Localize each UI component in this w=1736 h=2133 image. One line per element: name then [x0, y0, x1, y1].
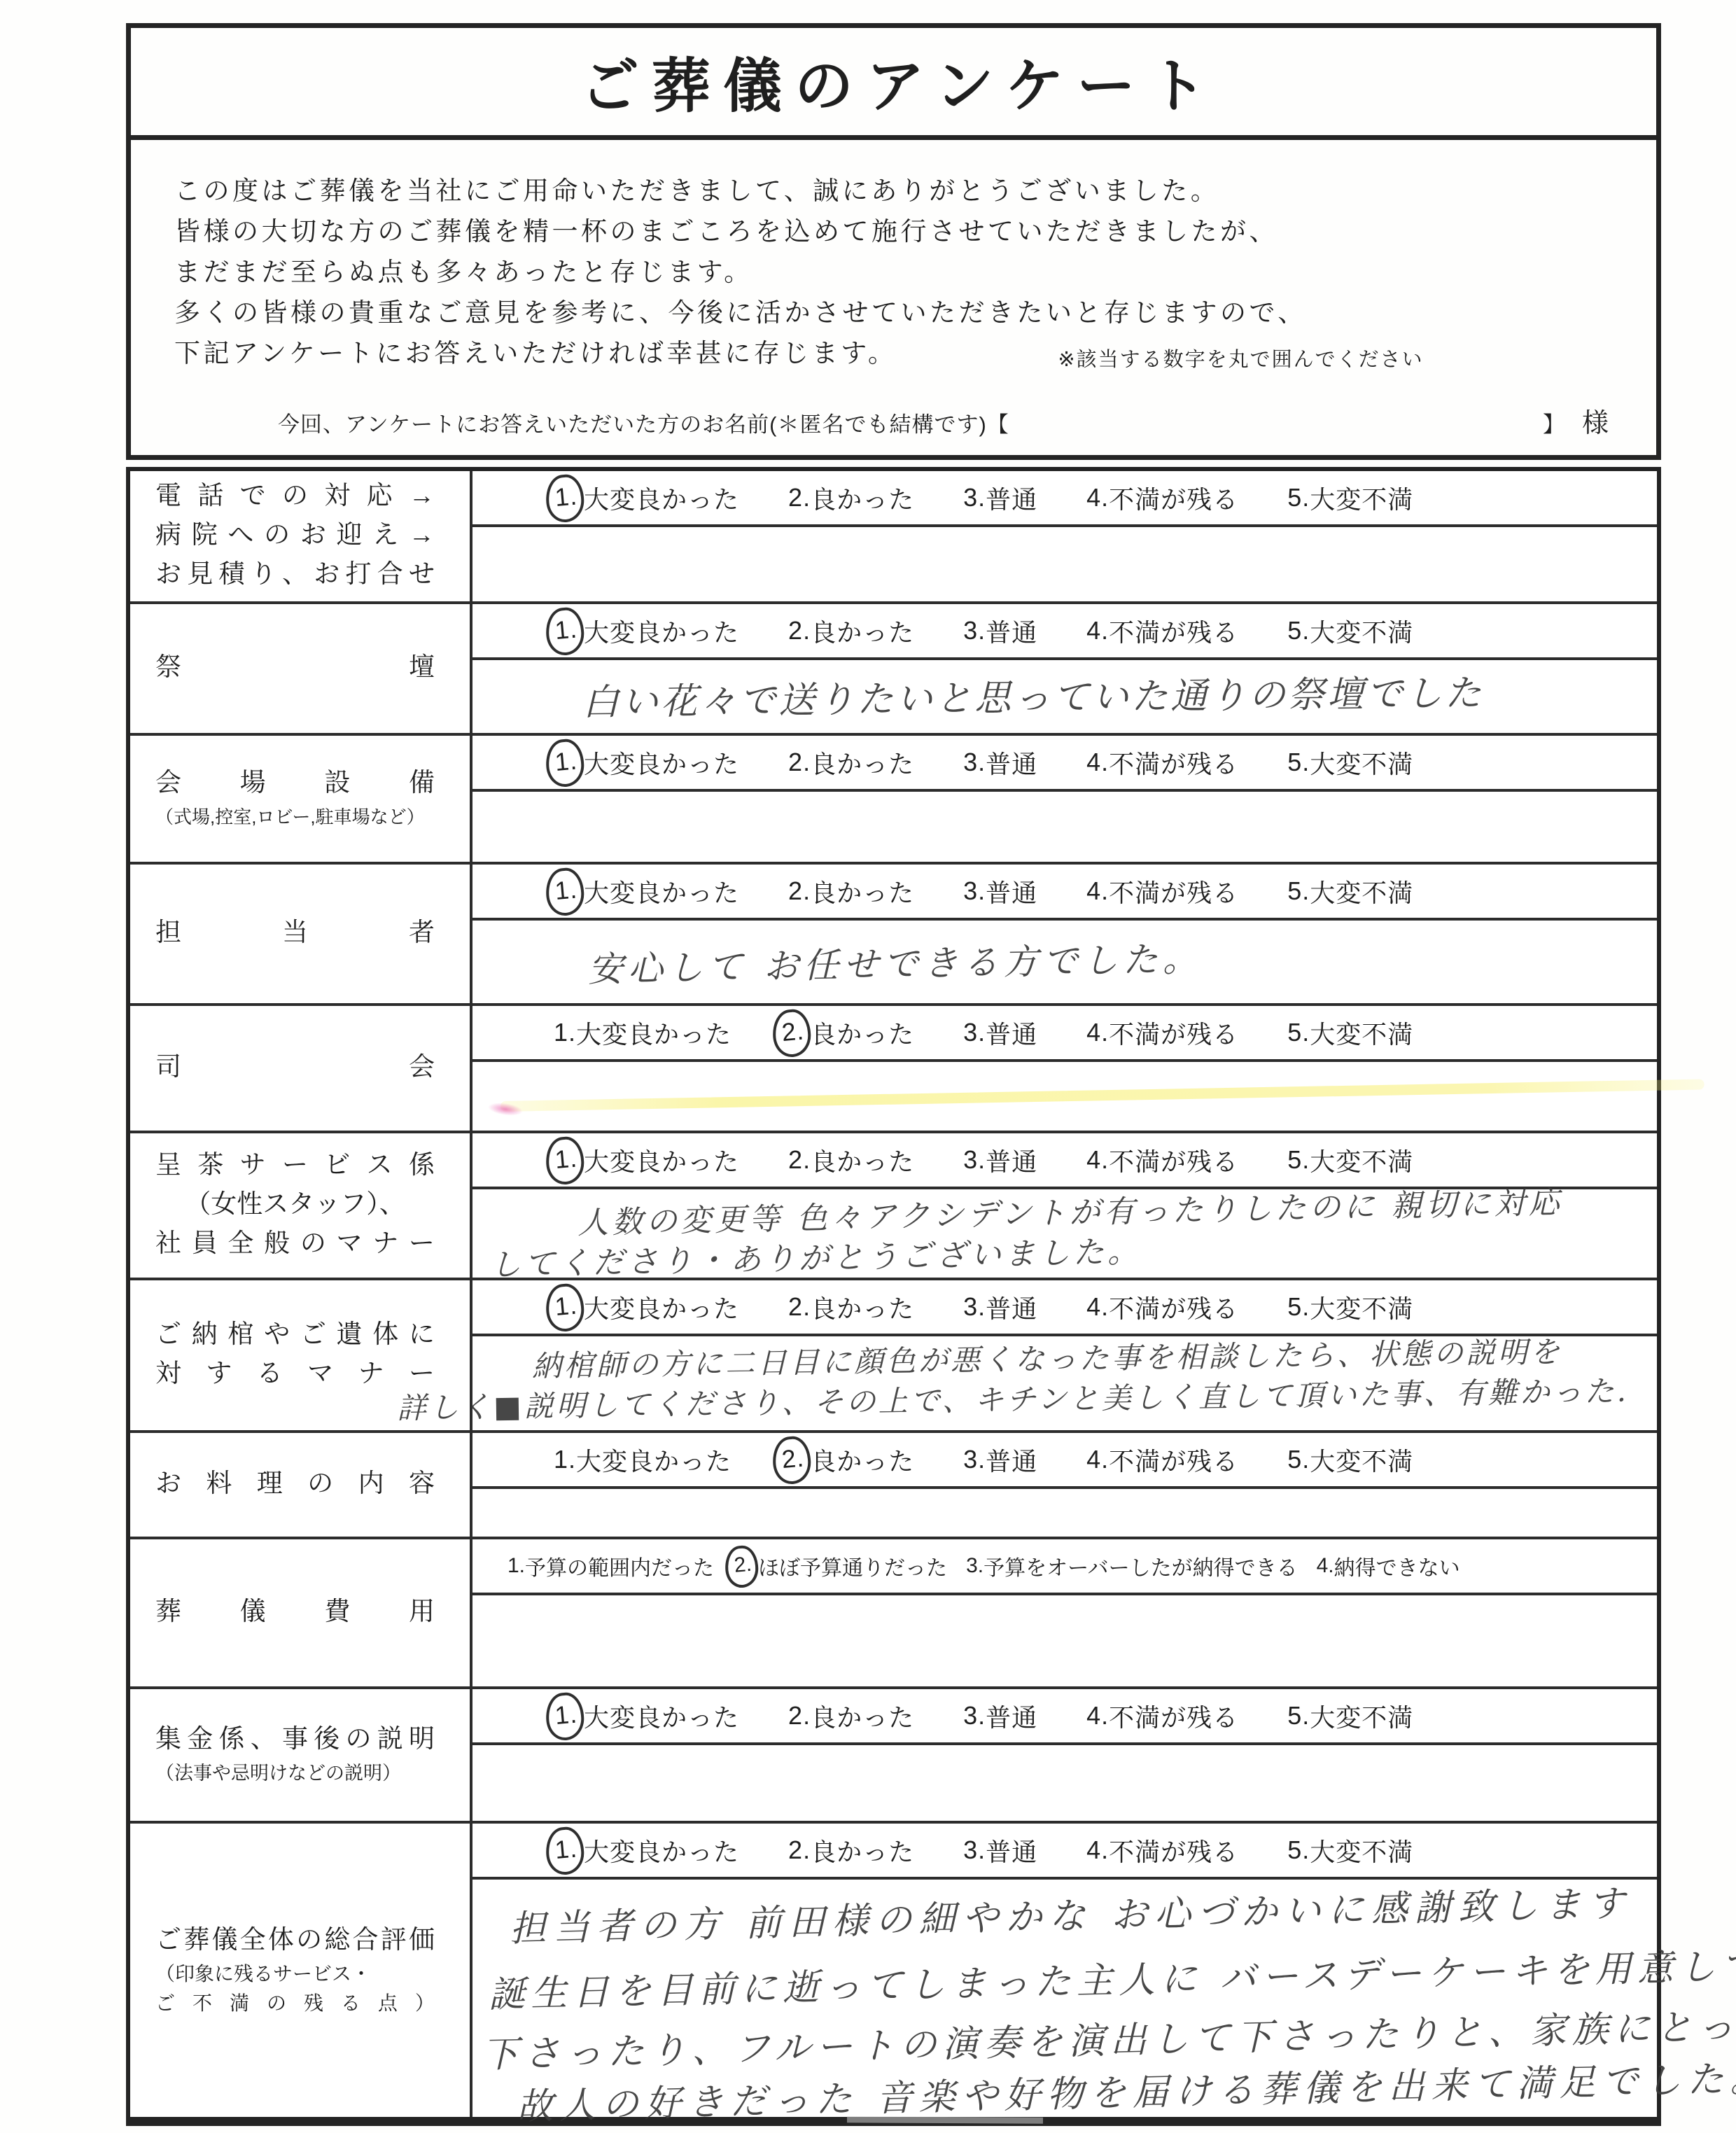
intro-line: 皆様の大切な方のご葬儀を精一杯のまごころを込めて施行させていただきましたが、 [174, 211, 1628, 252]
option-number: 5. [1287, 1292, 1310, 1322]
row-label: 集金係、事後の説明（法事や忌明けなどの説明） [130, 1689, 472, 1821]
row-content: 1.大変良かった2.良かった3.普通4.不満が残る5.大変不満白い花々で送りたい… [472, 604, 1657, 733]
option-item: 5.大変不満 [1287, 1142, 1413, 1178]
option-number: 3. [963, 616, 986, 645]
option-label: 大変良かった [584, 1698, 739, 1734]
option-number: 5. [1287, 1018, 1310, 1047]
row-label-line: お見積り、お打合せ [155, 554, 435, 594]
intro-line: この度はご葬儀を当社にご用命いただきまして、誠にありがとうございました。 [174, 171, 1628, 211]
option-item: 4.不満が残る [1086, 1289, 1238, 1325]
row-label-line: 担当者 [155, 913, 435, 952]
option-label: 良かった [811, 1142, 914, 1178]
option-number: 1. [554, 1834, 578, 1865]
row-label-line: 司会 [155, 1047, 435, 1086]
handwritten-comment: 安心して お任せできる方でした。 [587, 931, 1203, 992]
option-number: 3. [963, 483, 986, 512]
circled-answer: 2. [771, 1008, 813, 1058]
form-title: ご葬儀のアンケート [568, 39, 1219, 124]
option-label: 普通 [986, 1142, 1037, 1178]
option-label: 大変良かった [584, 480, 739, 516]
options-row: 1.大変良かった2.良かった3.普通4.不満が残る5.大変不満 [472, 1006, 1657, 1062]
row-label-line: （式場,控室,ロビー,駐車場など） [155, 802, 435, 832]
comment-area [472, 1595, 1657, 1686]
option-label: 大変良かった [576, 1015, 731, 1051]
row-label: 呈茶サービス係（女性スタッフ）、社員全般のマナー [130, 1133, 472, 1278]
circled-answer: 1. [544, 1282, 586, 1333]
option-label: 不満が残る [1109, 1833, 1238, 1868]
option-item: 3.普通 [963, 480, 1037, 516]
option-item: 4.不満が残る [1086, 1015, 1238, 1051]
option-item: 1.予算の範囲内だった [507, 1551, 714, 1581]
option-item: 3.普通 [963, 613, 1037, 649]
option-item: 3.普通 [963, 1289, 1037, 1325]
option-item: 4.不満が残る [1086, 745, 1238, 781]
option-item: 1.大変良かった [554, 1833, 739, 1868]
option-number: 4. [1086, 1292, 1109, 1322]
option-label: 普通 [986, 613, 1037, 649]
row-label: ご葬儀全体の総合評価（印象に残るサービス・ご不満の残る点） [130, 1824, 472, 2117]
row-content: 1.大変良かった2.良かった3.普通4.不満が残る5.大変不満 [472, 1689, 1657, 1821]
option-label: 大変不満 [1310, 745, 1413, 781]
option-item: 3.普通 [963, 1442, 1037, 1478]
option-number: 3. [963, 1701, 986, 1730]
option-number: 2. [780, 1443, 805, 1474]
options-row: 1.大変良かった2.良かった3.普通4.不満が残る5.大変不満 [472, 1433, 1657, 1489]
row-label-line: ご葬儀全体の総合評価 [155, 1920, 435, 1959]
option-label: 予算の範囲内だった [525, 1551, 714, 1581]
table-row: 呈茶サービス係（女性スタッフ）、社員全般のマナー1.大変良かった2.良かった3.… [130, 1133, 1657, 1280]
table-row: 司会1.大変良かった2.良かった3.普通4.不満が残る5.大変不満 [130, 1006, 1657, 1133]
option-label: 普通 [986, 745, 1037, 781]
handwritten-comment: 白い花々で送りたいと思っていた通りの祭壇でした [582, 664, 1485, 725]
row-label: 電話での対応→病院へのお迎え→お見積り、お打合せ [130, 471, 472, 601]
option-number: 5. [1287, 876, 1310, 906]
option-item: 1.大変良かった [554, 1698, 739, 1734]
option-item: 1.大変良かった [554, 480, 739, 516]
form-sheet: ご葬儀のアンケート この度はご葬儀を当社にご用命いただきまして、誠にありがとうご… [126, 23, 1661, 2126]
option-number: 2. [780, 1016, 805, 1047]
option-number: 2. [788, 616, 811, 645]
option-item: 4.不満が残る [1086, 1442, 1238, 1478]
option-item: 3.予算をオーバーしたが納得できる [966, 1551, 1298, 1581]
circled-answer: 1. [544, 606, 586, 657]
row-label-line: 会場設備 [155, 763, 435, 802]
row-label-line: 社員全般のマナー [155, 1224, 435, 1263]
row-label-line: 呈茶サービス係 [155, 1145, 435, 1184]
option-number: 5. [1287, 616, 1310, 645]
option-item: 3.普通 [963, 1833, 1037, 1868]
table-row: 葬儀費用1.予算の範囲内だった2.ほぼ予算通りだった3.予算をオーバーしたが納得… [130, 1539, 1657, 1689]
option-label: 大変良かった [584, 745, 739, 781]
circled-answer: 2. [771, 1435, 813, 1485]
option-label: 普通 [986, 480, 1037, 516]
row-label-line: 電話での対応→ [155, 476, 435, 515]
options-row: 1.予算の範囲内だった2.ほぼ予算通りだった3.予算をオーバーしたが納得できる4… [472, 1539, 1657, 1595]
table-row: 祭壇1.大変良かった2.良かった3.普通4.不満が残る5.大変不満白い花々で送り… [130, 604, 1657, 736]
option-label: 大変不満 [1310, 874, 1413, 909]
row-label-line: ご不満の残る点） [155, 1989, 435, 2018]
option-item: 4.不満が残る [1086, 1833, 1238, 1868]
option-number: 5. [1287, 1145, 1310, 1175]
option-number: 3. [963, 1835, 986, 1865]
row-label-line: （法事や忌明けなどの説明） [155, 1758, 435, 1788]
option-number: 2. [788, 748, 811, 777]
option-item: 2.ほぼ予算通りだった [733, 1551, 947, 1581]
circled-answer: 1. [544, 1691, 586, 1742]
option-label: 大変不満 [1310, 1698, 1413, 1734]
option-label: 普通 [986, 1833, 1037, 1868]
option-number: 1. [554, 482, 578, 512]
circled-answer: 1. [544, 1826, 586, 1876]
table-row: 集金係、事後の説明（法事や忌明けなどの説明）1.大変良かった2.良かった3.普通… [130, 1689, 1657, 1824]
option-number: 3. [963, 748, 986, 777]
respondent-name-line: 今回、アンケートにお答えいただいた方のお名前(＊匿名でも結構です)【 】 様 [174, 401, 1628, 440]
option-label: ほぼ予算通りだった [758, 1551, 947, 1581]
intro-line: 多くの皆様の貴重なご意見を参考に、今後に活かさせていただきたいと存じますので、 [174, 293, 1628, 333]
option-item: 3.普通 [963, 1698, 1037, 1734]
option-item: 2.良かった [788, 480, 914, 516]
option-label: 不満が残る [1109, 874, 1238, 909]
comment-area: 白い花々で送りたいと思っていた通りの祭壇でした [472, 660, 1657, 733]
option-number: 1. [554, 1018, 576, 1047]
row-content: 1.大変良かった2.良かった3.普通4.不満が残る5.大変不満 [472, 1006, 1657, 1131]
option-label: 納得できない [1334, 1551, 1460, 1581]
option-number: 3. [963, 1018, 986, 1047]
option-label: 不満が残る [1109, 745, 1238, 781]
form-title-box: ご葬儀のアンケート [126, 23, 1661, 140]
name-close-bracket: 】 [1543, 407, 1565, 438]
option-label: 大変不満 [1310, 613, 1413, 649]
table-row: ご納棺やご遺体に対するマナー1.大変良かった2.良かった3.普通4.不満が残る5… [130, 1280, 1657, 1433]
option-number: 3. [963, 876, 986, 906]
circled-answer: 1. [544, 473, 586, 524]
intro-section: この度はご葬儀を当社にご用命いただきまして、誠にありがとうございました。皆様の大… [126, 140, 1661, 460]
option-label: 不満が残る [1109, 1698, 1238, 1734]
option-item: 1.大変良かった [554, 1015, 731, 1051]
option-item: 3.普通 [963, 745, 1037, 781]
option-label: 大変不満 [1310, 480, 1413, 516]
options-row: 1.大変良かった2.良かった3.普通4.不満が残る5.大変不満 [472, 1280, 1657, 1336]
option-label: 不満が残る [1109, 613, 1238, 649]
option-item: 1.大変良かった [554, 613, 739, 649]
handwritten-comment: 担当者の方 前田様の細やかな お心づかいに感謝致します [509, 1874, 1632, 1952]
circle-instruction-note: ※該当する数字を丸で囲んでください [1058, 349, 1423, 371]
option-number: 3. [963, 1145, 986, 1175]
comment-area: 人数の変更等 色々アクシデントが有ったりしたのに 親切に対応してくださり・ありが… [472, 1189, 1657, 1278]
option-number: 4. [1086, 1145, 1109, 1175]
comment-area: 納棺師の方に二日目に顔色が悪くなった事を相談したら、状態の説明を詳しく■説明して… [472, 1336, 1657, 1430]
option-number: 2. [788, 876, 811, 906]
option-number: 4. [1086, 483, 1109, 512]
table-row: お料理の内容1.大変良かった2.良かった3.普通4.不満が残る5.大変不満 [130, 1433, 1657, 1539]
option-number: 5. [1287, 1835, 1310, 1865]
honorific-sama: 様 [1582, 401, 1609, 440]
option-label: 良かった [811, 613, 914, 649]
option-item: 2.良かった [780, 1442, 914, 1478]
option-label: 普通 [986, 1015, 1037, 1051]
option-number: 1. [554, 875, 578, 906]
circled-answer: 1. [544, 738, 586, 788]
option-number: 4. [1086, 1445, 1109, 1474]
option-label: 不満が残る [1109, 1289, 1238, 1325]
option-item: 2.良かった [780, 1015, 914, 1051]
option-number: 4. [1086, 876, 1109, 906]
option-number: 1. [554, 746, 578, 777]
comment-area [472, 1489, 1657, 1537]
option-item: 5.大変不満 [1287, 613, 1413, 649]
options-row: 1.大変良かった2.良かった3.普通4.不満が残る5.大変不満 [472, 1689, 1657, 1745]
intro-line-text: 下記アンケートにお答えいただければ幸甚に存じます。 [174, 339, 897, 368]
option-item: 3.普通 [963, 1015, 1037, 1051]
option-item: 3.普通 [963, 1142, 1037, 1178]
option-number: 1. [554, 615, 578, 645]
option-number: 1. [554, 1144, 578, 1175]
option-number: 2. [788, 483, 811, 512]
option-item: 5.大変不満 [1287, 1833, 1413, 1868]
option-label: 良かった [811, 1698, 914, 1734]
row-label: 担当者 [130, 865, 472, 1003]
row-label-line: （印象に残るサービス・ [155, 1959, 435, 1989]
option-label: 大変不満 [1310, 1442, 1413, 1478]
option-item: 2.良かった [788, 745, 914, 781]
option-item: 1.大変良かった [554, 1142, 739, 1178]
comment-area [472, 792, 1657, 862]
option-label: 良かった [811, 745, 914, 781]
option-number: 1. [554, 1291, 578, 1322]
option-item: 4.不満が残る [1086, 613, 1238, 649]
option-label: 大変不満 [1310, 1142, 1413, 1178]
option-label: 不満が残る [1109, 480, 1238, 516]
options-row: 1.大変良かった2.良かった3.普通4.不満が残る5.大変不満 [472, 604, 1657, 660]
name-prompt-text: 今回、アンケートにお答えいただいた方のお名前(＊匿名でも結構です)【 [278, 407, 1009, 438]
option-item: 1.大変良かった [554, 1289, 739, 1325]
option-number: 2. [788, 1292, 811, 1322]
intro-paragraph: この度はご葬儀を当社にご用命いただきまして、誠にありがとうございました。皆様の大… [174, 171, 1628, 376]
option-number: 4. [1086, 616, 1109, 645]
option-number: 3. [963, 1292, 986, 1322]
comment-area: 安心して お任せできる方でした。 [472, 921, 1657, 1003]
option-label: 大変良かった [584, 1289, 739, 1325]
option-label: 大変不満 [1310, 1833, 1413, 1868]
option-number: 4. [1086, 1835, 1109, 1865]
option-item: 5.大変不満 [1287, 1442, 1413, 1478]
option-item: 1.大変良かった [554, 874, 739, 909]
row-content: 1.大変良かった2.良かった3.普通4.不満が残る5.大変不満納棺師の方に二日目… [472, 1280, 1657, 1430]
option-label: 不満が残る [1109, 1015, 1238, 1051]
option-number: 4. [1086, 1701, 1109, 1730]
option-label: 普通 [986, 1442, 1037, 1478]
comment-area [472, 1062, 1657, 1131]
option-label: 普通 [986, 1698, 1037, 1734]
option-number: 4. [1086, 748, 1109, 777]
option-item: 5.大変不満 [1287, 745, 1413, 781]
comment-area [472, 1745, 1657, 1821]
option-label: 不満が残る [1109, 1442, 1238, 1478]
table-row: 電話での対応→病院へのお迎え→お見積り、お打合せ1.大変良かった2.良かった3.… [130, 471, 1657, 604]
highlighter-streak [500, 1079, 1704, 1112]
comment-area: 担当者の方 前田様の細やかな お心づかいに感謝致します誕生日を目前に逝ってしまっ… [472, 1880, 1657, 2117]
row-label: お料理の内容 [130, 1433, 472, 1537]
comment-area [472, 527, 1657, 601]
option-label: 大変良かった [584, 613, 739, 649]
option-item: 4.不満が残る [1086, 1698, 1238, 1734]
option-label: 良かった [811, 874, 914, 909]
table-row: 担当者1.大変良かった2.良かった3.普通4.不満が残る5.大変不満安心して お… [130, 865, 1657, 1006]
option-number: 2. [788, 1701, 811, 1730]
option-label: 良かった [811, 1289, 914, 1325]
option-number: 2. [733, 1553, 752, 1577]
option-item: 2.良かった [788, 1142, 914, 1178]
option-label: 不満が残る [1109, 1142, 1238, 1178]
option-label: 予算をオーバーしたが納得できる [983, 1551, 1298, 1581]
row-content: 1.大変良かった2.良かった3.普通4.不満が残る5.大変不満担当者の方 前田様… [472, 1824, 1657, 2117]
row-label-line: 集金係、事後の説明 [155, 1719, 435, 1758]
survey-table: 電話での対応→病院へのお迎え→お見積り、お打合せ1.大変良かった2.良かった3.… [126, 467, 1661, 2126]
option-item: 2.良かった [788, 1289, 914, 1325]
option-item: 4.不満が残る [1086, 1142, 1238, 1178]
row-content: 1.大変良かった2.良かった3.普通4.不満が残る5.大変不満 [472, 1433, 1657, 1537]
row-label-line: 対するマナー [155, 1354, 435, 1393]
row-label: 葬儀費用 [130, 1539, 472, 1686]
row-label-line: 葬儀費用 [155, 1592, 435, 1631]
option-number: 1. [554, 1445, 576, 1474]
option-item: 1.大変良かった [554, 745, 739, 781]
option-number: 1. [507, 1554, 525, 1578]
option-label: 良かった [811, 1442, 914, 1478]
option-label: 大変良かった [584, 1142, 739, 1178]
option-item: 5.大変不満 [1287, 1289, 1413, 1325]
intro-line: まだまだ至らぬ点も多々あったと存じます。 [174, 252, 1628, 293]
option-item: 2.良かった [788, 613, 914, 649]
option-number: 2. [788, 1835, 811, 1865]
options-row: 1.大変良かった2.良かった3.普通4.不満が残る5.大変不満 [472, 865, 1657, 921]
option-item: 5.大変不満 [1287, 480, 1413, 516]
row-label-line: 病院へのお迎え→ [155, 515, 435, 554]
option-label: 良かった [811, 1015, 914, 1051]
option-number: 5. [1287, 1701, 1310, 1730]
option-number: 5. [1287, 748, 1310, 777]
option-item: 5.大変不満 [1287, 1015, 1413, 1051]
option-item: 1.大変良かった [554, 1442, 731, 1478]
option-label: 大変不満 [1310, 1015, 1413, 1051]
options-row: 1.大変良かった2.良かった3.普通4.不満が残る5.大変不満 [472, 1824, 1657, 1880]
circled-answer: 1. [544, 867, 586, 917]
option-item: 4.納得できない [1317, 1551, 1460, 1581]
circled-answer: 1. [544, 1135, 586, 1186]
options-row: 1.大変良かった2.良かった3.普通4.不満が残る5.大変不満 [472, 736, 1657, 792]
row-content: 1.大変良かった2.良かった3.普通4.不満が残る5.大変不満 [472, 736, 1657, 862]
row-label-line: ご納棺やご遺体に [155, 1315, 435, 1354]
option-label: 良かった [811, 1833, 914, 1868]
option-item: 3.普通 [963, 874, 1037, 909]
option-label: 普通 [986, 874, 1037, 909]
circled-answer: 2. [724, 1544, 760, 1589]
options-row: 1.大変良かった2.良かった3.普通4.不満が残る5.大変不満 [472, 471, 1657, 527]
option-label: 普通 [986, 1289, 1037, 1325]
scan-artifact [847, 2116, 1043, 2123]
option-number: 3. [966, 1554, 983, 1578]
option-item: 4.不満が残る [1086, 874, 1238, 909]
option-label: 大変良かった [584, 1833, 739, 1868]
row-label-line: 祭壇 [155, 648, 435, 687]
row-content: 1.予算の範囲内だった2.ほぼ予算通りだった3.予算をオーバーしたが納得できる4… [472, 1539, 1657, 1686]
option-item: 2.良かった [788, 874, 914, 909]
option-item: 5.大変不満 [1287, 1698, 1413, 1734]
option-number: 5. [1287, 1445, 1310, 1474]
intro-line: 下記アンケートにお答えいただければ幸甚に存じます。※該当する数字を丸で囲んでくだ… [174, 333, 1628, 376]
option-number: 4. [1086, 1018, 1109, 1047]
row-content: 1.大変良かった2.良かった3.普通4.不満が残る5.大変不満 [472, 471, 1657, 601]
option-item: 4.不満が残る [1086, 480, 1238, 516]
option-number: 5. [1287, 483, 1310, 512]
option-number: 1. [554, 1700, 578, 1730]
option-item: 2.良かった [788, 1698, 914, 1734]
option-number: 3. [963, 1445, 986, 1474]
option-label: 大変良かった [576, 1442, 731, 1478]
row-content: 1.大変良かった2.良かった3.普通4.不満が残る5.大変不満安心して お任せで… [472, 865, 1657, 1003]
option-item: 5.大変不満 [1287, 874, 1413, 909]
row-label: 祭壇 [130, 604, 472, 733]
row-label-line: （女性スタッフ）、 [155, 1184, 435, 1224]
table-row: ご葬儀全体の総合評価（印象に残るサービス・ご不満の残る点）1.大変良かった2.良… [130, 1824, 1657, 2117]
row-label-line: お料理の内容 [155, 1464, 435, 1503]
option-label: 良かった [811, 480, 914, 516]
row-label: 会場設備（式場,控室,ロビー,駐車場など） [130, 736, 472, 862]
option-label: 大変良かった [584, 874, 739, 909]
option-item: 2.良かった [788, 1833, 914, 1868]
table-row: 会場設備（式場,控室,ロビー,駐車場など）1.大変良かった2.良かった3.普通4… [130, 736, 1657, 865]
option-number: 4. [1317, 1554, 1334, 1578]
row-content: 1.大変良かった2.良かった3.普通4.不満が残る5.大変不満人数の変更等 色々… [472, 1133, 1657, 1278]
option-number: 2. [788, 1145, 811, 1175]
option-label: 大変不満 [1310, 1289, 1413, 1325]
row-label: 司会 [130, 1006, 472, 1131]
